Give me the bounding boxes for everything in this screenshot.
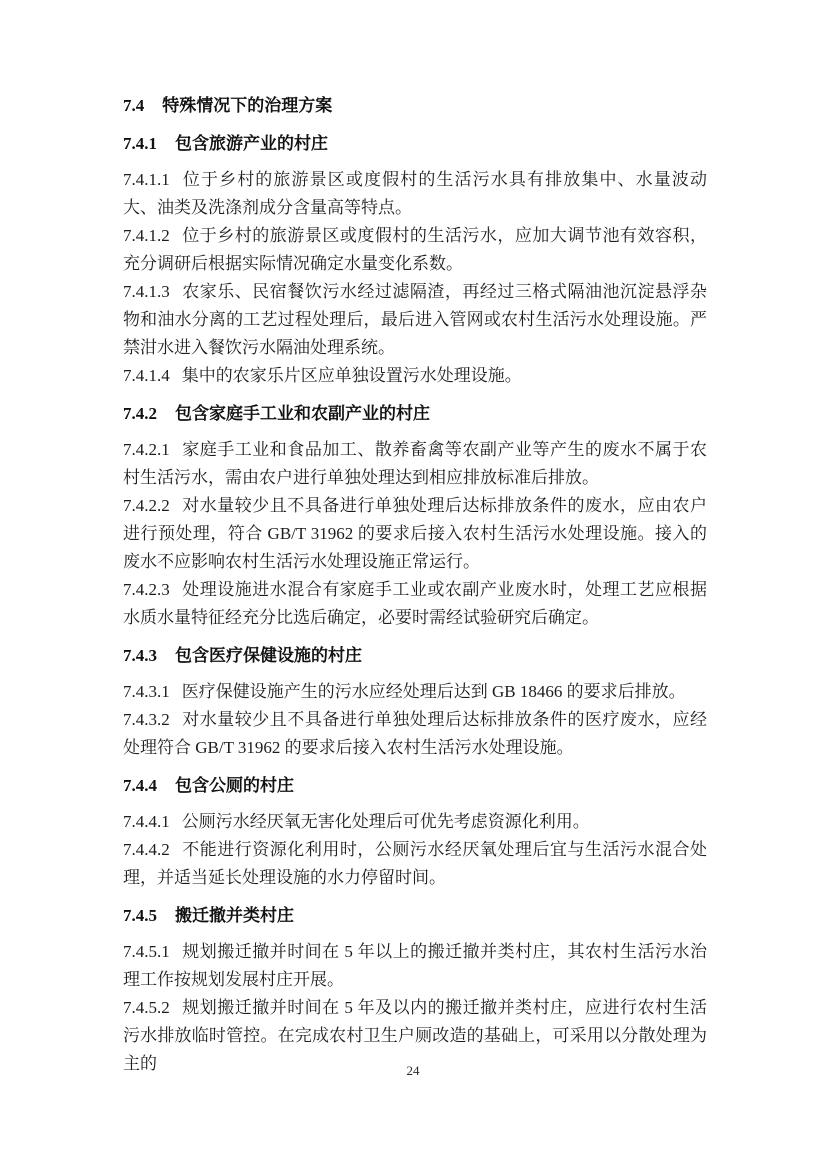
section-heading: 7.4.3包含医疗保健设施的村庄 bbox=[123, 642, 707, 670]
clause-number: 7.4.1.2 bbox=[123, 226, 170, 245]
section-number: 7.4.5 bbox=[123, 906, 157, 925]
clause-number: 7.4.3.2 bbox=[123, 710, 170, 729]
clause-text: 不能进行资源化利用时，公厕污水经厌氧处理后宜与生活污水混合处理，并适当延长处理设… bbox=[123, 840, 707, 887]
clause-text: 位于乡村的旅游景区或度假村的生活污水，应加大调节池有效容积，充分调研后根据实际情… bbox=[123, 226, 707, 273]
clause-text: 集中的农家乐片区应单独设置污水处理设施。 bbox=[182, 366, 522, 385]
clause-text: 家庭手工业和食品加工、散养畜禽等农副产业等产生的废水不属于农村生活污水，需由农户… bbox=[123, 440, 707, 487]
section-title: 搬迁撤并类村庄 bbox=[175, 906, 294, 925]
clause-text: 位于乡村的旅游景区或度假村的生活污水具有排放集中、水量波动大、油类及洗涤剂成分含… bbox=[123, 170, 707, 217]
clause-text: 对水量较少且不具备进行单独处理后达标排放条件的医疗废水，应经处理符合 GB/T … bbox=[123, 710, 707, 757]
page-footer: 24 bbox=[0, 1062, 826, 1080]
section-heading: 7.4.4包含公厕的村庄 bbox=[123, 772, 707, 800]
clause-number: 7.4.1.1 bbox=[123, 170, 170, 189]
section-heading: 7.4.2包含家庭手工业和农副产业的村庄 bbox=[123, 400, 707, 428]
clause-paragraph: 7.4.2.3处理设施进水混合有家庭手工业或农副产业废水时，处理工艺应根据水质水… bbox=[123, 576, 707, 632]
clause-paragraph: 7.4.1.2位于乡村的旅游景区或度假村的生活污水，应加大调节池有效容积，充分调… bbox=[123, 222, 707, 278]
clause-text: 处理设施进水混合有家庭手工业或农副产业废水时，处理工艺应根据水质水量特征经充分比… bbox=[123, 580, 707, 627]
clause-text: 农家乐、民宿餐饮污水经过滤隔渣，再经过三格式隔油池沉淀悬浮杂物和油水分离的工艺过… bbox=[123, 282, 707, 357]
clause-paragraph: 7.4.2.2对水量较少且不具备进行单独处理后达标排放条件的废水，应由农户进行预… bbox=[123, 492, 707, 576]
clause-text: 对水量较少且不具备进行单独处理后达标排放条件的废水，应由农户进行预处理，符合 G… bbox=[123, 496, 707, 571]
clause-paragraph: 7.4.1.1位于乡村的旅游景区或度假村的生活污水具有排放集中、水量波动大、油类… bbox=[123, 166, 707, 222]
section-number: 7.4.2 bbox=[123, 404, 157, 423]
document-content: 7.4特殊情况下的治理方案 7.4.1包含旅游产业的村庄 7.4.1.1位于乡村… bbox=[123, 92, 707, 1078]
clause-number: 7.4.5.2 bbox=[123, 998, 170, 1017]
clause-paragraph: 7.4.4.2不能进行资源化利用时，公厕污水经厌氧处理后宜与生活污水混合处理，并… bbox=[123, 836, 707, 892]
clause-number: 7.4.1.3 bbox=[123, 282, 170, 301]
clause-number: 7.4.1.4 bbox=[123, 366, 170, 385]
clause-paragraph: 7.4.5.1规划搬迁撤并时间在 5 年以上的搬迁撤并类村庄，其农村生活污水治理… bbox=[123, 938, 707, 994]
clause-text: 公厕污水经厌氧无害化处理后可优先考虑资源化利用。 bbox=[182, 812, 590, 831]
clause-number: 7.4.2.3 bbox=[123, 580, 170, 599]
clause-paragraph: 7.4.1.4集中的农家乐片区应单独设置污水处理设施。 bbox=[123, 362, 707, 390]
clause-number: 7.4.4.2 bbox=[123, 840, 170, 859]
clause-paragraph: 7.4.3.2对水量较少且不具备进行单独处理后达标排放条件的医疗废水，应经处理符… bbox=[123, 706, 707, 762]
section-number: 7.4.1 bbox=[123, 134, 157, 153]
clause-number: 7.4.5.1 bbox=[123, 942, 170, 961]
clause-text: 规划搬迁撤并时间在 5 年以上的搬迁撤并类村庄，其农村生活污水治理工作按规划发展… bbox=[123, 942, 707, 989]
section-number: 7.4.3 bbox=[123, 646, 157, 665]
clause-paragraph: 7.4.4.1公厕污水经厌氧无害化处理后可优先考虑资源化利用。 bbox=[123, 808, 707, 836]
section-heading: 7.4.1包含旅游产业的村庄 bbox=[123, 130, 707, 158]
clause-text: 医疗保健设施产生的污水应经处理后达到 GB 18466 的要求后排放。 bbox=[182, 682, 686, 701]
clause-number: 7.4.2.2 bbox=[123, 496, 170, 515]
section-title: 特殊情况下的治理方案 bbox=[162, 96, 332, 115]
section-heading: 7.4特殊情况下的治理方案 bbox=[123, 92, 707, 120]
clause-number: 7.4.2.1 bbox=[123, 440, 170, 459]
section-heading: 7.4.5搬迁撤并类村庄 bbox=[123, 902, 707, 930]
section-title: 包含旅游产业的村庄 bbox=[175, 134, 328, 153]
section-number: 7.4.4 bbox=[123, 776, 157, 795]
section-title: 包含公厕的村庄 bbox=[175, 776, 294, 795]
clause-number: 7.4.3.1 bbox=[123, 682, 170, 701]
section-title: 包含医疗保健设施的村庄 bbox=[175, 646, 362, 665]
clause-paragraph: 7.4.3.1医疗保健设施产生的污水应经处理后达到 GB 18466 的要求后排… bbox=[123, 678, 707, 706]
clause-paragraph: 7.4.2.1家庭手工业和食品加工、散养畜禽等农副产业等产生的废水不属于农村生活… bbox=[123, 436, 707, 492]
document-page: 7.4特殊情况下的治理方案 7.4.1包含旅游产业的村庄 7.4.1.1位于乡村… bbox=[0, 0, 826, 1169]
page-number: 24 bbox=[407, 1063, 420, 1078]
section-title: 包含家庭手工业和农副产业的村庄 bbox=[175, 404, 430, 423]
clause-paragraph: 7.4.1.3农家乐、民宿餐饮污水经过滤隔渣，再经过三格式隔油池沉淀悬浮杂物和油… bbox=[123, 278, 707, 362]
section-number: 7.4 bbox=[123, 96, 144, 115]
clause-number: 7.4.4.1 bbox=[123, 812, 170, 831]
